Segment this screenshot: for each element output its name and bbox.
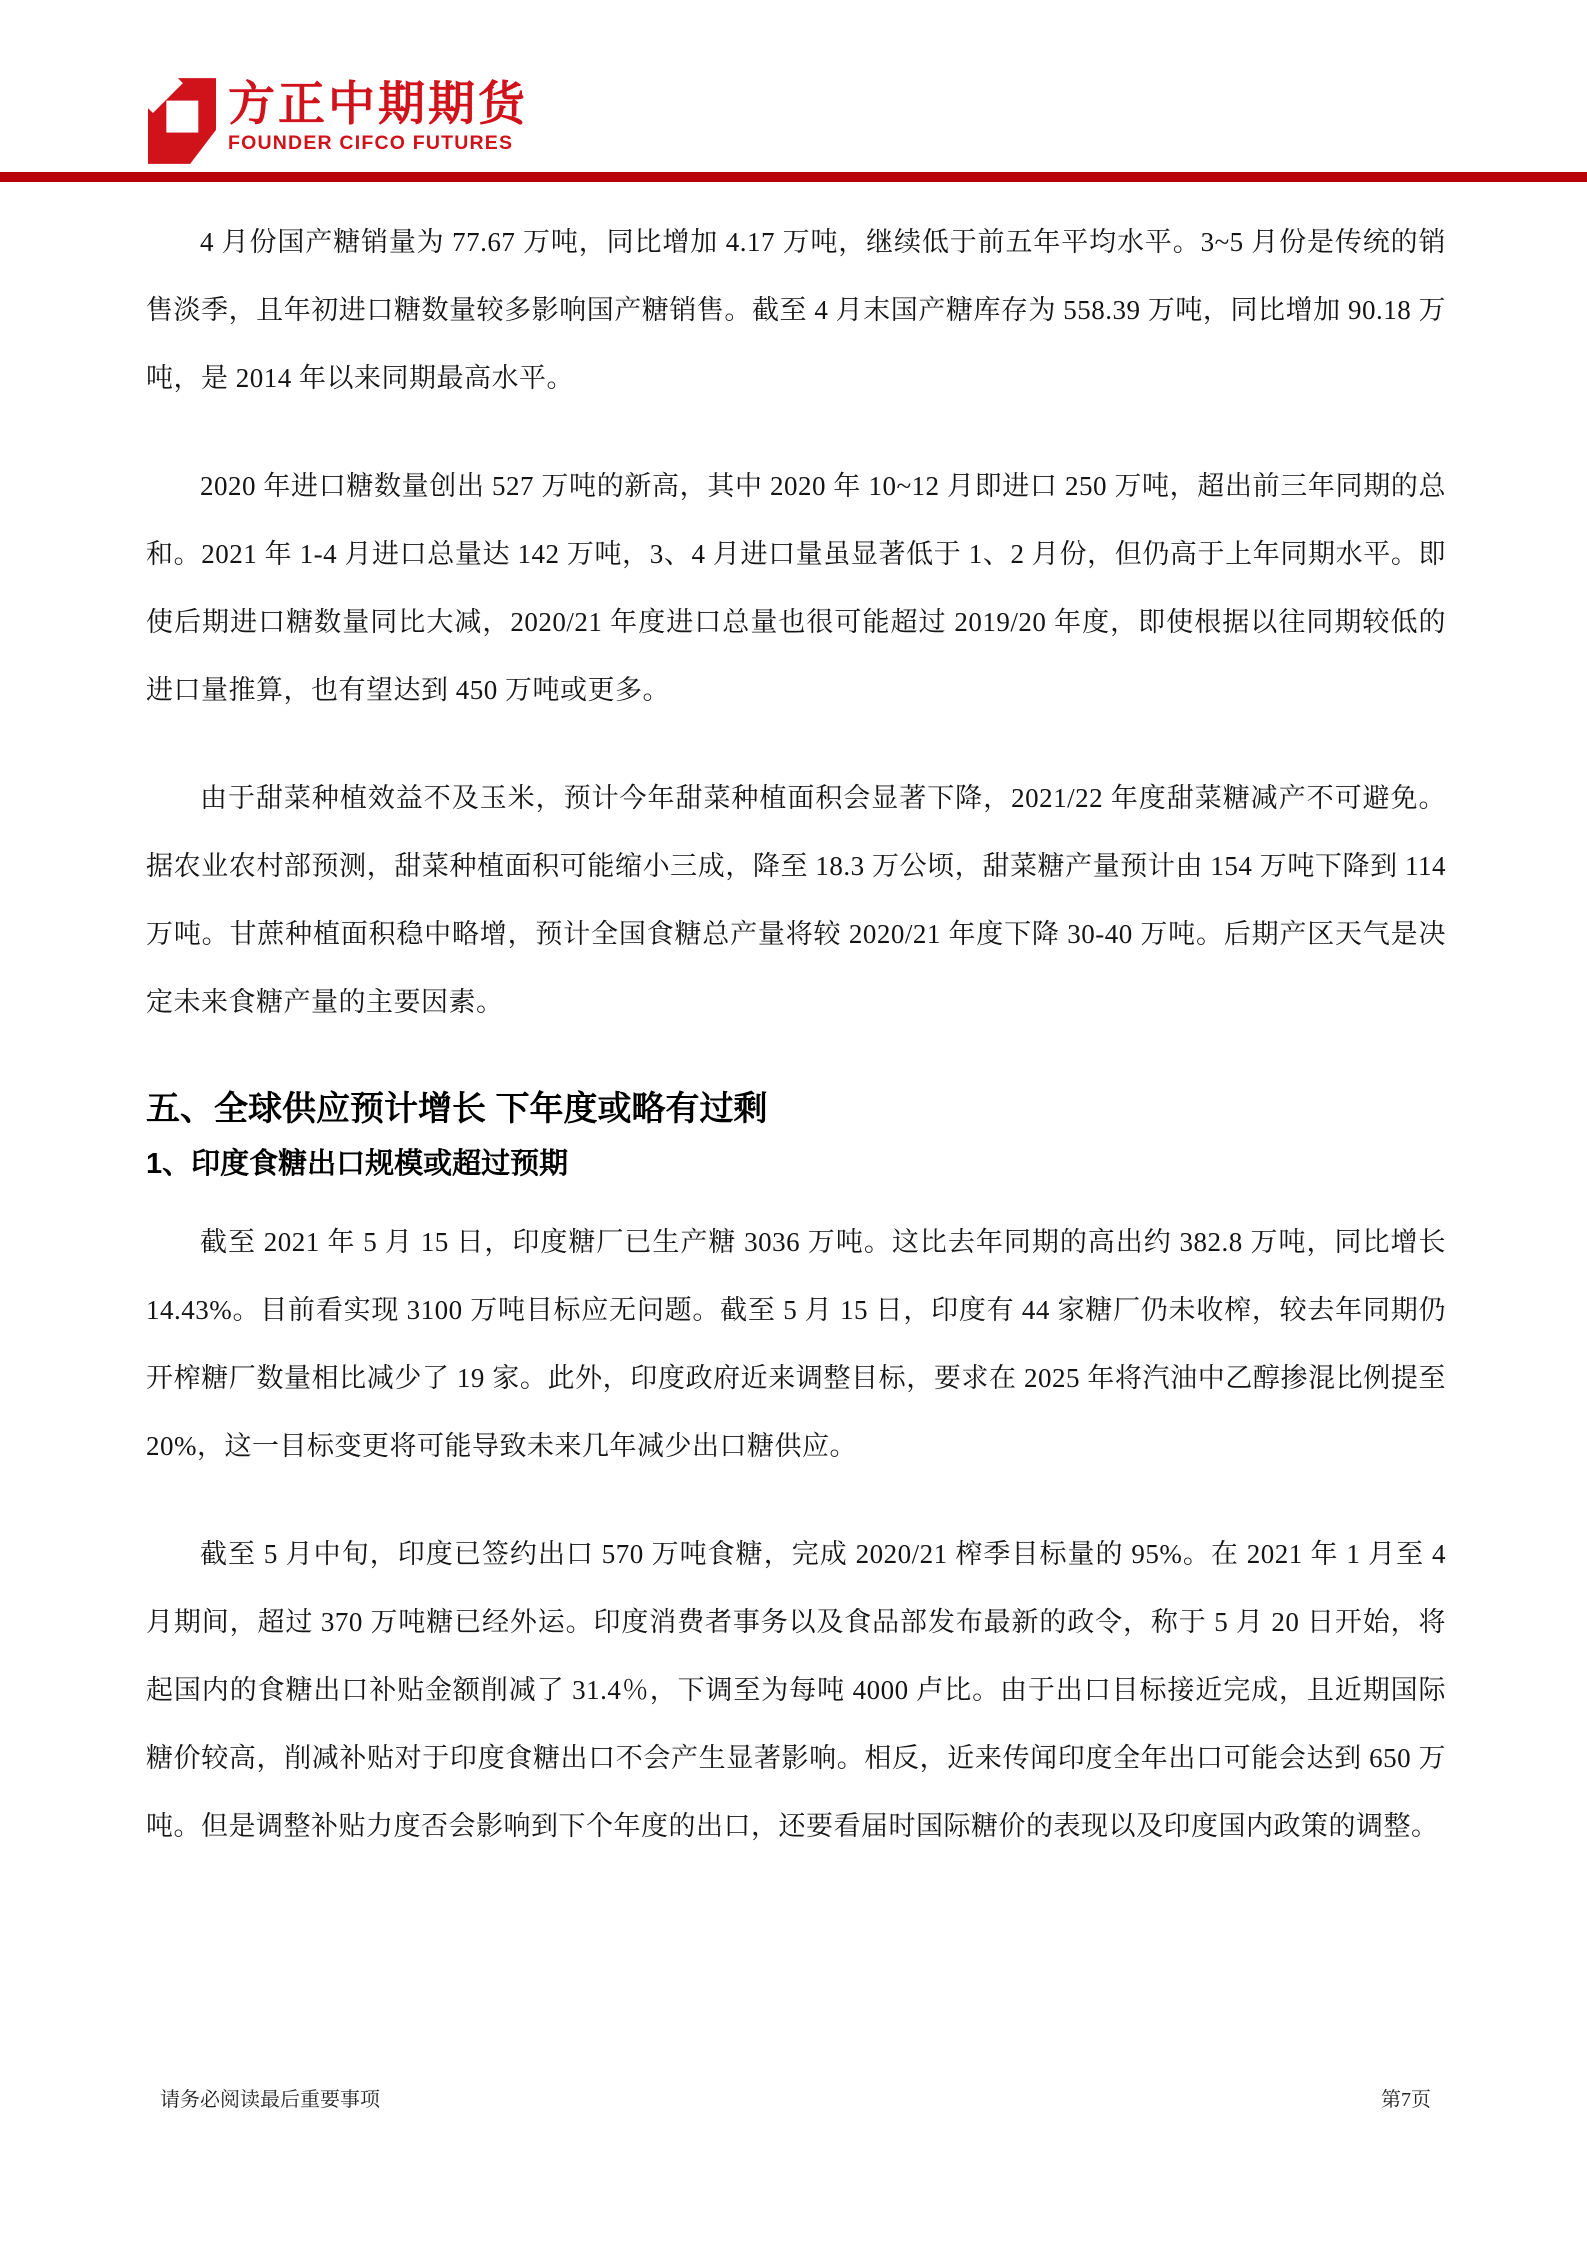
report-body: 4 月份国产糖销量为 77.67 万吨，同比增加 4.17 万吨，继续低于前五年…	[146, 208, 1446, 1900]
brand-logo: 方正中期期货 FOUNDER CIFCO FUTURES	[148, 78, 528, 164]
header-divider-bar	[0, 172, 1587, 182]
report-page: 方正中期期货 FOUNDER CIFCO FUTURES 4 月份国产糖销量为 …	[0, 0, 1587, 2245]
brand-name-en: FOUNDER CIFCO FUTURES	[228, 130, 528, 156]
brand-name-cn: 方正中期期货	[228, 78, 528, 130]
brand-text-block: 方正中期期货 FOUNDER CIFCO FUTURES	[228, 78, 528, 156]
section-heading: 五、全球供应预计增长 下年度或略有过剩	[146, 1086, 1446, 1132]
founder-cube-icon	[148, 78, 216, 164]
paragraph-domestic-sales: 4 月份国产糖销量为 77.67 万吨，同比增加 4.17 万吨，继续低于前五年…	[146, 208, 1446, 412]
paragraph-india-production: 截至 2021 年 5 月 15 日，印度糖厂已生产糖 3036 万吨。这比去年…	[146, 1208, 1446, 1480]
sub-heading: 1、印度食糖出口规模或超过预期	[146, 1142, 1446, 1186]
footer-disclaimer: 请务必阅读最后重要事项	[160, 2086, 380, 2114]
page-number: 第7页	[1381, 2086, 1431, 2114]
paragraph-india-exports: 截至 5 月中旬，印度已签约出口 570 万吨食糖，完成 2020/21 榨季目…	[146, 1520, 1446, 1860]
paragraph-beet-planting: 由于甜菜种植效益不及玉米，预计今年甜菜种植面积会显著下降，2021/22 年度甜…	[146, 764, 1446, 1036]
paragraph-imports: 2020 年进口糖数量创出 527 万吨的新高，其中 2020 年 10~12 …	[146, 452, 1446, 724]
